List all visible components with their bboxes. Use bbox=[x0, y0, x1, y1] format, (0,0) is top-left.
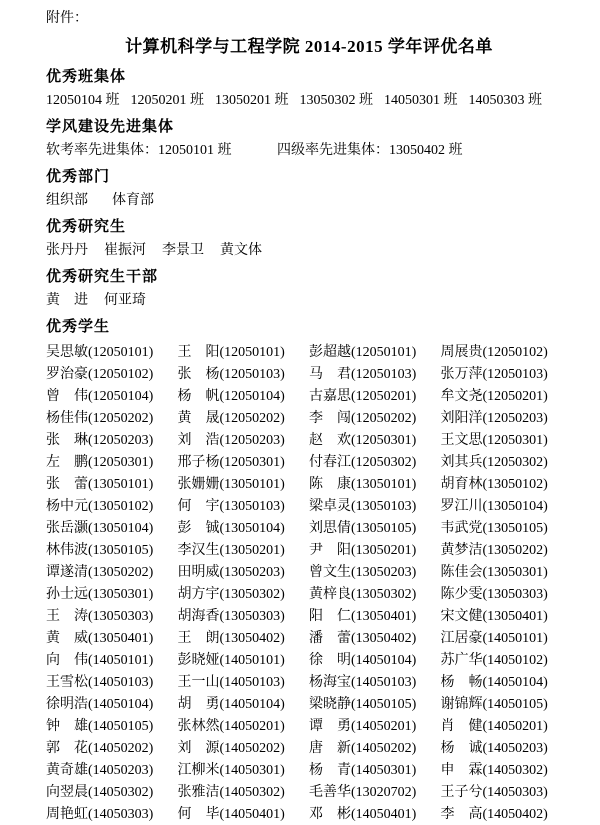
student-entry: 李 高(14050402) bbox=[441, 804, 573, 825]
student-entry: 陈 康(13050101) bbox=[309, 474, 441, 496]
student-entry: 马 君(12050103) bbox=[309, 364, 441, 386]
student-entry: 杨 畅(14050104) bbox=[441, 672, 573, 694]
student-entry: 宋文健(13050401) bbox=[441, 606, 573, 628]
student-entry: 徐明浩(14050104) bbox=[46, 694, 178, 716]
student-entry: 张姗姗(13050101) bbox=[178, 474, 310, 496]
section-heading-study-style: 学风建设先进集体 bbox=[46, 118, 572, 137]
student-entry: 刘阳洋(12050203) bbox=[441, 408, 573, 430]
graduate-name: 崔振河 bbox=[104, 243, 146, 258]
student-entry: 何 宇(13050103) bbox=[178, 496, 310, 518]
student-entry: 黄奇雄(14050203) bbox=[46, 760, 178, 782]
student-entry: 胡育林(13050102) bbox=[441, 474, 573, 496]
section-heading-students: 优秀学生 bbox=[46, 318, 572, 337]
student-entry: 张 琳(12050203) bbox=[46, 430, 178, 452]
student-entry: 刘 源(14050202) bbox=[178, 738, 310, 760]
class-item: 14050301 班 bbox=[384, 93, 458, 108]
section-heading-graduates: 优秀研究生 bbox=[46, 218, 572, 237]
student-entry: 黄 晟(12050202) bbox=[178, 408, 310, 430]
class-item: 12050201 班 bbox=[131, 93, 205, 108]
class-item: 13050302 班 bbox=[300, 93, 374, 108]
student-entry: 梁晓静(14050105) bbox=[309, 694, 441, 716]
student-entry: 邢子杨(12050301) bbox=[178, 452, 310, 474]
graduate-cadre-name: 黄 进 bbox=[46, 293, 88, 308]
student-entry: 苏广华(14050102) bbox=[441, 650, 573, 672]
cet4-rate-value: 13050402 班 bbox=[389, 143, 463, 158]
cet4-rate-pair: 四级率先进集体：13050402 班 bbox=[277, 143, 463, 158]
student-entry: 李 闯(12050202) bbox=[309, 408, 441, 430]
student-entry: 孙士远(13050301) bbox=[46, 584, 178, 606]
student-entry: 邓 彬(14050401) bbox=[309, 804, 441, 825]
student-entry: 梁卓灵(13050103) bbox=[309, 496, 441, 518]
student-entry: 张岳灏(13050104) bbox=[46, 518, 178, 540]
class-item: 12050104 班 bbox=[46, 93, 120, 108]
graduate-cadres-list: 黄 进何亚琦 bbox=[46, 292, 572, 310]
student-entry: 李汉生(13050201) bbox=[178, 540, 310, 562]
student-entry: 黄梦洁(13050202) bbox=[441, 540, 573, 562]
student-entry: 何 毕(14050401) bbox=[178, 804, 310, 825]
soft-exam-rate-label: 软考率先进集体： bbox=[46, 143, 158, 158]
student-entry: 毛善华(13020702) bbox=[309, 782, 441, 804]
student-entry: 江居豪(14050101) bbox=[441, 628, 573, 650]
student-entry: 郭 花(14050202) bbox=[46, 738, 178, 760]
section-heading-excellent-class: 优秀班集体 bbox=[46, 68, 572, 87]
student-entry: 胡 勇(14050104) bbox=[178, 694, 310, 716]
student-entry: 王 阳(12050101) bbox=[178, 342, 310, 364]
student-entry: 向 伟(14050101) bbox=[46, 650, 178, 672]
student-entry: 王一山(14050103) bbox=[178, 672, 310, 694]
student-entry: 徐 明(14050104) bbox=[309, 650, 441, 672]
soft-exam-rate-value: 12050101 班 bbox=[158, 143, 232, 158]
class-item: 13050201 班 bbox=[215, 93, 289, 108]
student-entry: 付春江(12050302) bbox=[309, 452, 441, 474]
excellent-class-list: 12050104 班12050201 班13050201 班13050302 班… bbox=[46, 92, 572, 110]
cet4-rate-label: 四级率先进集体： bbox=[277, 143, 389, 158]
student-entry: 刘其兵(12050302) bbox=[441, 452, 573, 474]
student-entry: 张 杨(12050103) bbox=[178, 364, 310, 386]
page-title: 计算机科学与工程学院 2014-2015 学年评优名单 bbox=[46, 34, 572, 60]
student-entry: 谭遂清(13050202) bbox=[46, 562, 178, 584]
student-entry: 吴思敏(12050101) bbox=[46, 342, 178, 364]
study-style-line: 软考率先进集体：12050101 班 四级率先进集体：13050402 班 bbox=[46, 142, 572, 160]
student-entry: 牟文尧(12050201) bbox=[441, 386, 573, 408]
student-entry: 杨 青(14050301) bbox=[309, 760, 441, 782]
student-entry: 王 朗(13050402) bbox=[178, 628, 310, 650]
student-entry: 杨 帆(12050104) bbox=[178, 386, 310, 408]
student-entry: 阳 仁(13050401) bbox=[309, 606, 441, 628]
soft-exam-rate-pair: 软考率先进集体：12050101 班 bbox=[46, 143, 232, 158]
student-entry: 刘思倩(13050105) bbox=[309, 518, 441, 540]
student-entry: 赵 欢(12050301) bbox=[309, 430, 441, 452]
student-entry: 王雪松(14050103) bbox=[46, 672, 178, 694]
student-entry: 张 蕾(13050101) bbox=[46, 474, 178, 496]
student-entry: 王 涛(13050303) bbox=[46, 606, 178, 628]
student-entry: 钟 雄(14050105) bbox=[46, 716, 178, 738]
student-entry: 杨海宝(14050103) bbox=[309, 672, 441, 694]
student-entry: 曾 伟(12050104) bbox=[46, 386, 178, 408]
graduate-name: 李景卫 bbox=[162, 243, 204, 258]
student-entry: 潘 蕾(13050402) bbox=[309, 628, 441, 650]
student-entry: 张万萍(12050103) bbox=[441, 364, 573, 386]
student-entry: 黄梓良(13050302) bbox=[309, 584, 441, 606]
department-item: 组织部 bbox=[46, 193, 88, 208]
student-entry: 张雅洁(14050302) bbox=[178, 782, 310, 804]
student-entry: 刘 浩(12050203) bbox=[178, 430, 310, 452]
student-entry: 胡方宇(13050302) bbox=[178, 584, 310, 606]
student-entry: 杨 诚(14050203) bbox=[441, 738, 573, 760]
graduate-cadre-name: 何亚琦 bbox=[104, 293, 146, 308]
student-entry: 韦武党(13050105) bbox=[441, 518, 573, 540]
student-entry: 唐 新(14050202) bbox=[309, 738, 441, 760]
student-entry: 谭 勇(14050201) bbox=[309, 716, 441, 738]
student-entry: 陈少雯(13050303) bbox=[441, 584, 573, 606]
student-entry: 彭晓娅(14050101) bbox=[178, 650, 310, 672]
student-entry: 胡海香(13050303) bbox=[178, 606, 310, 628]
student-entry: 申 霖(14050302) bbox=[441, 760, 573, 782]
students-grid: 吴思敏(12050101)王 阳(12050101)彭超越(12050101)周… bbox=[46, 342, 572, 825]
student-entry: 周展贵(12050102) bbox=[441, 342, 573, 364]
student-entry: 周艳虹(14050303) bbox=[46, 804, 178, 825]
student-entry: 田明威(13050203) bbox=[178, 562, 310, 584]
student-entry: 王文思(12050301) bbox=[441, 430, 573, 452]
section-heading-graduate-cadres: 优秀研究生干部 bbox=[46, 268, 572, 287]
class-item: 14050303 班 bbox=[469, 93, 543, 108]
graduates-list: 张丹丹崔振河李景卫黄文体 bbox=[46, 242, 572, 260]
student-entry: 左 鹏(12050301) bbox=[46, 452, 178, 474]
student-entry: 罗江川(13050104) bbox=[441, 496, 573, 518]
student-entry: 黄 威(13050401) bbox=[46, 628, 178, 650]
student-entry: 彭 铖(13050104) bbox=[178, 518, 310, 540]
document-page: 附件： 计算机科学与工程学院 2014-2015 学年评优名单 优秀班集体 12… bbox=[0, 0, 600, 825]
student-entry: 杨佳伟(12050202) bbox=[46, 408, 178, 430]
student-entry: 陈佳会(13050301) bbox=[441, 562, 573, 584]
student-entry: 杨中元(13050102) bbox=[46, 496, 178, 518]
student-entry: 林伟波(13050105) bbox=[46, 540, 178, 562]
student-entry: 王子兮(14050303) bbox=[441, 782, 573, 804]
section-heading-departments: 优秀部门 bbox=[46, 168, 572, 187]
student-entry: 曾文生(13050203) bbox=[309, 562, 441, 584]
student-entry: 谢锦辉(14050105) bbox=[441, 694, 573, 716]
departments-list: 组织部体育部 bbox=[46, 192, 572, 210]
student-entry: 肖 健(14050201) bbox=[441, 716, 573, 738]
student-entry: 古嘉思(12050201) bbox=[309, 386, 441, 408]
student-entry: 江柳米(14050301) bbox=[178, 760, 310, 782]
student-entry: 罗治豪(12050102) bbox=[46, 364, 178, 386]
graduate-name: 黄文体 bbox=[220, 243, 262, 258]
student-entry: 张林然(14050201) bbox=[178, 716, 310, 738]
department-item: 体育部 bbox=[112, 193, 154, 208]
attachment-label: 附件： bbox=[46, 10, 572, 28]
student-entry: 彭超越(12050101) bbox=[309, 342, 441, 364]
graduate-name: 张丹丹 bbox=[46, 243, 88, 258]
student-entry: 尹 阳(13050201) bbox=[309, 540, 441, 562]
student-entry: 向翌晨(14050302) bbox=[46, 782, 178, 804]
